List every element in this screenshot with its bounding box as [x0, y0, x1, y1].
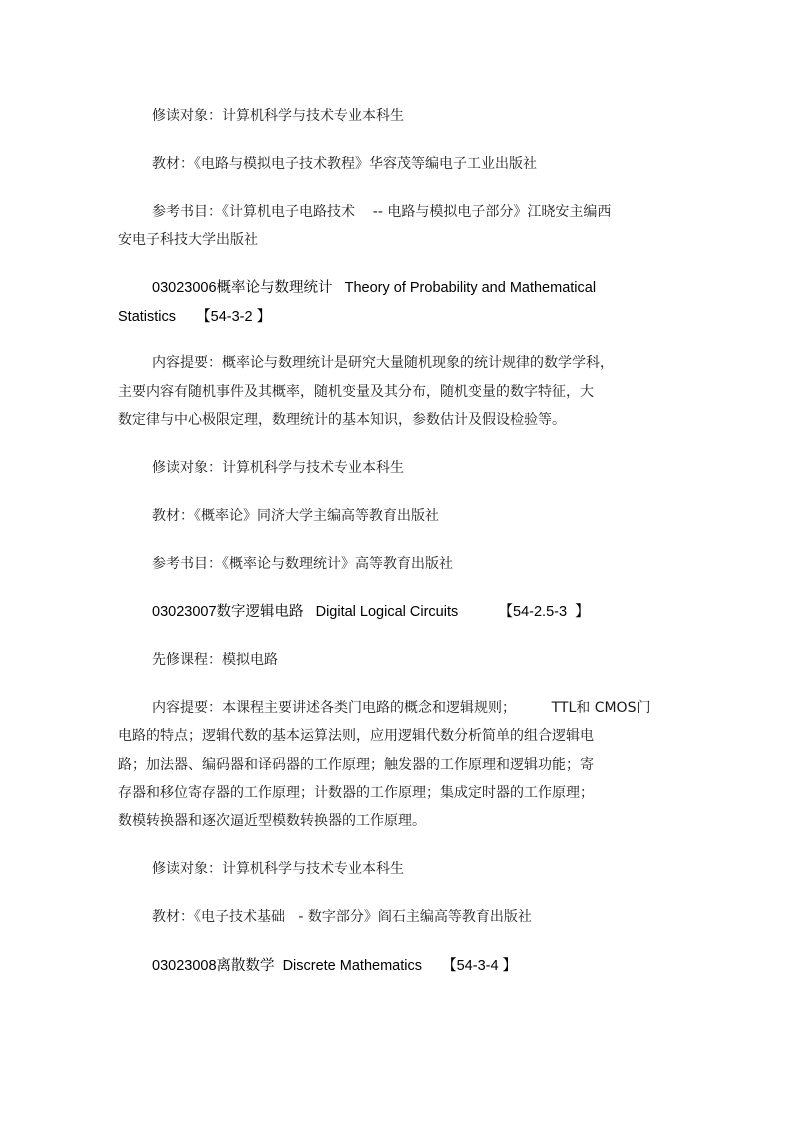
course-heading-03023006: 03023006概率论与数理统计 Theory of Probability a… [152, 279, 596, 297]
course-summary-cont: 存器和移位寄存器的工作原理；计数器的工作原理；集成定时器的工作原理； [118, 784, 594, 802]
course-summary-cont: 数定律与中心极限定理，数理统计的基本知识，参数估计及假设检验等。 [118, 411, 566, 429]
course-textbook: 教材：《电子技术基础 - 数字部分》阎石主编高等教育出版社 [152, 908, 532, 926]
course-summary-cont: 电路的特点；逻辑代数的基本运算法则，应用逻辑代数分析简单的组合逻辑电 [118, 727, 594, 745]
course-summary-cont: 主要内容有随机事件及其概率，随机变量及其分布，随机变量的数字特征，大 [118, 383, 594, 401]
course-heading-03023007: 03023007数字逻辑电路 Digital Logical Circuits … [152, 603, 590, 621]
course-summary: 内容提要：概率论与数理统计是研究大量随机现象的统计规律的数学学科， [152, 354, 614, 372]
course-summary: 内容提要：本课程主要讲述各类门电路的概念和逻辑规则； TTL和 CMOS门 [152, 699, 650, 717]
course-audience: 修读对象：计算机科学与技术专业本科生 [152, 107, 404, 125]
course-reference: 参考书目：《计算机电子电路技术 -- 电路与模拟电子部分》江晓安主编西 [152, 203, 611, 221]
course-summary-cont: 数模转换器和逐次逼近型模数转换器的工作原理。 [118, 812, 426, 830]
course-heading-03023006-cont: Statistics 【54-3-2 】 [118, 308, 271, 326]
course-prerequisite: 先修课程：模拟电路 [152, 651, 278, 669]
course-reference-cont: 安电子科技大学出版社 [118, 231, 258, 249]
course-heading-03023008: 03023008离散数学 Discrete Mathematics 【54-3-… [152, 957, 517, 975]
course-audience: 修读对象：计算机科学与技术专业本科生 [152, 459, 404, 477]
course-reference: 参考书目：《概率论与数理统计》高等教育出版社 [152, 555, 453, 573]
course-textbook: 教材：《电路与模拟电子技术教程》华容茂等编电子工业出版社 [152, 155, 537, 173]
course-textbook: 教材：《概率论》同济大学主编高等教育出版社 [152, 507, 439, 525]
course-summary-cont: 路；加法器、编码器和译码器的工作原理；触发器的工作原理和逻辑功能；寄 [118, 756, 594, 774]
course-audience: 修读对象：计算机科学与技术专业本科生 [152, 860, 404, 878]
